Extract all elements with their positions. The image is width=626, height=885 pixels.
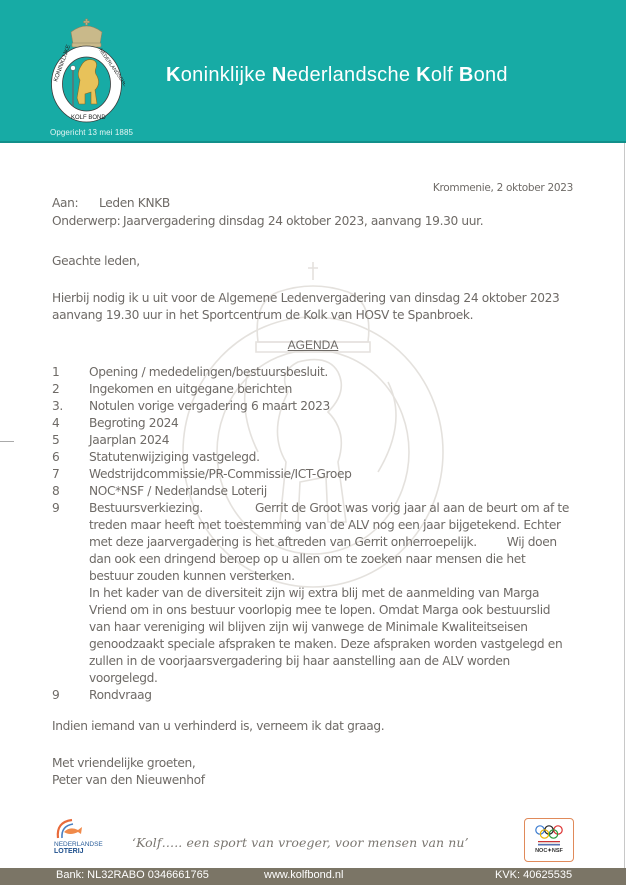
founded-date: Opgericht 13 mei 1885	[50, 128, 133, 137]
agenda-item-number: 2	[52, 381, 82, 398]
letterhead-banner: KONINKLIJKE NEDERLANDSCHE KOLF BOND Opge…	[0, 0, 626, 143]
agenda-item-number: 1	[52, 364, 82, 381]
agenda-item-number: 4	[52, 415, 82, 432]
agenda-item-text: Rondvraag	[89, 687, 582, 704]
noc-nsf-logo: NOC✦NSF	[524, 818, 574, 862]
olympic-rings-icon	[525, 819, 573, 847]
agenda-item-number: 9	[52, 687, 82, 704]
agenda-item-number: 7	[52, 466, 82, 483]
agenda-item-2: 2Ingekomen en uitgegane berichten	[52, 381, 582, 398]
intro-line-2: aanvang 19.30 uur in het Sportcentrum de…	[52, 307, 473, 324]
nederlandse-loterij-label: NEDERLANDSE LOTERIJ	[54, 841, 103, 855]
agenda-item-rondvraag: 9 Rondvraag	[52, 687, 582, 704]
agenda-item-text: Bestuursverkiezing.Gerrit de Groot was v…	[89, 500, 582, 687]
page-edge	[624, 143, 625, 868]
place-date: Krommenie, 2 oktober 2023	[433, 180, 573, 197]
agenda-item-text: Statutenwijziging vastgelegd.	[89, 449, 582, 466]
org-name-part: oninklijke	[181, 64, 272, 86]
agenda-item-text: Ingekomen en uitgegane berichten	[89, 381, 582, 398]
item9-line: van haar vereniging wil blijven zijn wij…	[89, 619, 582, 636]
org-name-initial: K	[416, 64, 431, 86]
kvk-number: KVK: 40625535	[495, 869, 572, 881]
org-name-initial: K	[166, 64, 181, 86]
bank-account: Bank: NL32RABO 0346661765	[56, 869, 209, 881]
subject-value: Jaarvergadering dinsdag 24 oktober 2023,…	[123, 213, 483, 230]
to-value: Leden KNKB	[99, 195, 170, 212]
knkb-crest-logo-icon: KONINKLIJKE NEDERLANDSCHE KOLF BOND	[49, 18, 125, 126]
agenda-item-text: Begroting 2024	[89, 415, 582, 432]
org-name-part: olf	[431, 64, 459, 86]
agenda-item-number: 3.	[52, 398, 82, 415]
agenda-item-7: 7Wedstrijdcommissie/PR-Commissie/ICT-Gro…	[52, 466, 582, 483]
org-name-part: ederlandsche	[287, 64, 417, 86]
agenda-item-4: 4Begroting 2024	[52, 415, 582, 432]
item9-line: Gerrit de Groot was vorig jaar al aan de…	[255, 501, 569, 515]
item9-line: Wij doen	[507, 535, 557, 549]
agenda-item-number: 5	[52, 432, 82, 449]
greeting: Met vriendelijke groeten,	[52, 755, 195, 772]
footer-bar: Bank: NL32RABO 0346661765 www.kolfbond.n…	[0, 868, 626, 885]
item9-line: Vriend om in ons bestuur voorlopig mee t…	[89, 602, 582, 619]
agenda-item-9: 9 Bestuursverkiezing.Gerrit de Groot was…	[52, 500, 582, 687]
subject-label: Onderwerp:	[52, 213, 120, 230]
agenda-item-text: Wedstrijdcommissie/PR-Commissie/ICT-Groe…	[89, 466, 582, 483]
item9-line: bestuur zouden kunnen versterken.	[89, 568, 582, 585]
item9-line: genoodzaakt speciale afspraken te maken.…	[89, 636, 582, 653]
agenda-item-5: 5Jaarplan 2024	[52, 432, 582, 449]
agenda-item-1: 1Opening / mededelingen/bestuursbesluit.	[52, 364, 582, 381]
agenda-item-6: 6Statutenwijziging vastgelegd.	[52, 449, 582, 466]
agenda-item-number: 6	[52, 449, 82, 466]
intro-line-1: Hierbij nodig ik u uit voor de Algemene …	[52, 290, 559, 307]
agenda-item-number: 8	[52, 483, 82, 500]
organization-name: Koninklijke Nederlandsche Kolf Bond	[166, 64, 508, 87]
agenda-list: 1Opening / mededelingen/bestuursbesluit.…	[52, 364, 582, 704]
item9-line: zullen in de voorjaarsvergadering bij ha…	[89, 653, 582, 670]
agenda-item-text: Jaarplan 2024	[89, 432, 582, 449]
item9-line: voorgelegd.	[89, 670, 582, 687]
salutation: Geachte leden,	[52, 253, 140, 270]
org-name-initial: B	[459, 64, 474, 86]
svg-text:KOLF BOND: KOLF BOND	[71, 115, 106, 121]
agenda-item-number: 9	[52, 500, 82, 517]
agenda-heading: AGENDA	[0, 337, 626, 354]
org-name-part: ond	[474, 64, 508, 86]
org-name-initial: N	[272, 64, 287, 86]
to-label: Aan:	[52, 195, 78, 212]
nederlandse-loterij-logo-icon	[54, 816, 86, 842]
agenda-item-text: Notulen vorige vergadering 6 maart 2023	[89, 398, 582, 415]
agenda-item-text: Opening / mededelingen/bestuursbesluit.	[89, 364, 582, 381]
agenda-item-8: 8NOC*NSF / Nederlandse Loterij	[52, 483, 582, 500]
item9-line: In het kader van de diversiteit zijn wij…	[89, 585, 582, 602]
signature: Peter van den Nieuwenhof	[52, 772, 205, 789]
fold-mark	[0, 441, 14, 442]
item9-line: treden maar heeft met toestemming van de…	[89, 517, 582, 534]
website-link[interactable]: www.kolfbond.nl	[264, 869, 344, 881]
slogan: ‘Kolf….. een sport van vroeger, voor men…	[132, 835, 469, 850]
agenda-item-title: Bestuursverkiezing.	[89, 501, 203, 515]
header-divider	[0, 141, 626, 143]
item9-line: dan ook een dringend beroep op u allen o…	[89, 551, 582, 568]
agenda-item-text: NOC*NSF / Nederlandse Loterij	[89, 483, 582, 500]
agenda-item-3: 3.Notulen vorige vergadering 6 maart 202…	[52, 398, 582, 415]
item9-line: met deze jaarvergadering is het aftreden…	[89, 535, 477, 549]
closing-line: Indien iemand van u verhinderd is, verne…	[52, 718, 384, 735]
